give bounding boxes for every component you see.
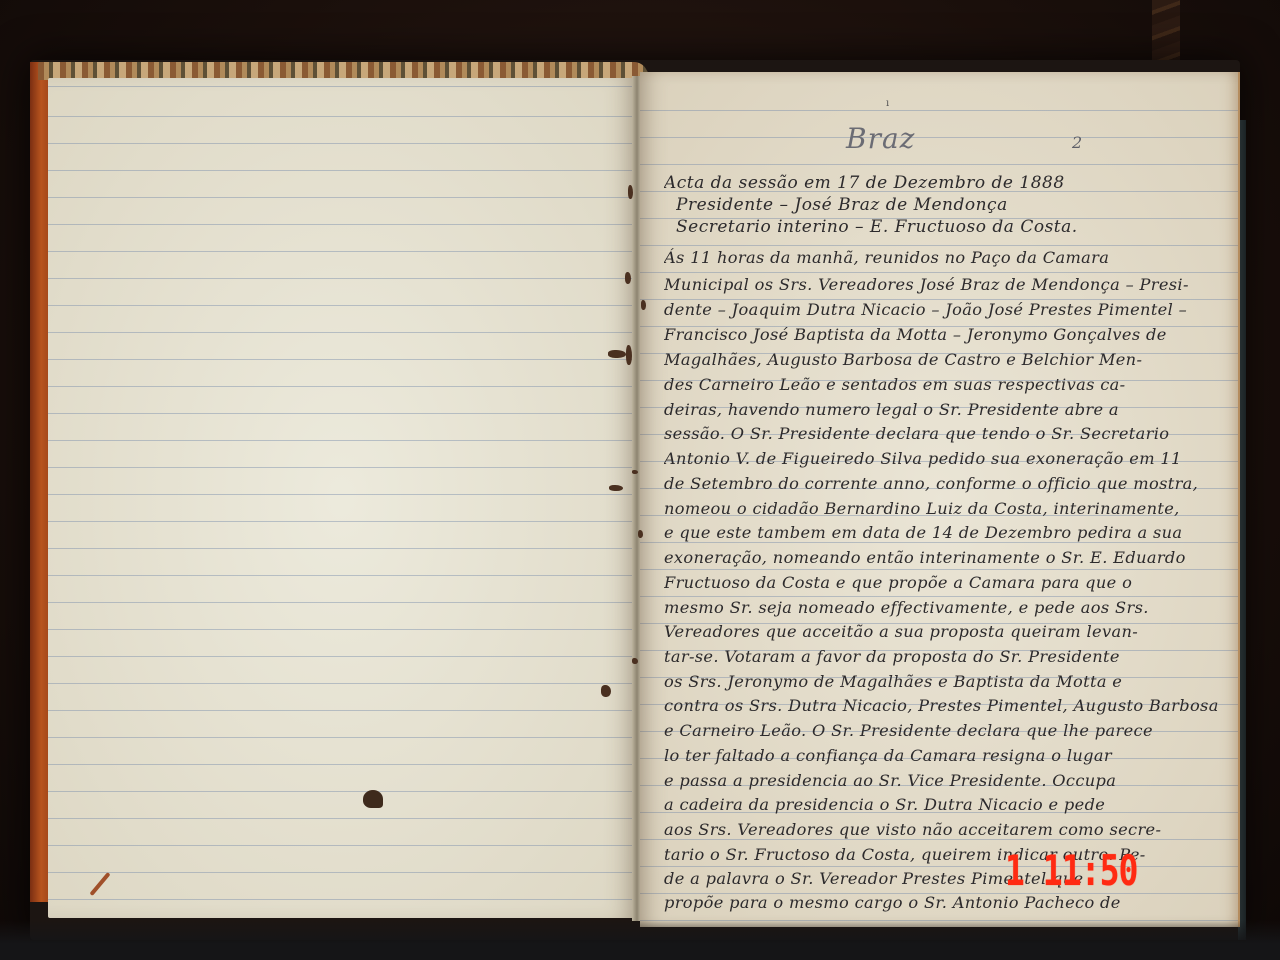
left-page-blank — [48, 78, 634, 918]
damage-stain — [608, 350, 626, 358]
text-line: de Setembro do corrente anno, conforme o… — [664, 474, 1224, 493]
ink-blot — [363, 790, 383, 808]
text-line: propõe para o mesmo cargo o Sr. Antonio … — [664, 893, 1224, 912]
damage-stain — [632, 658, 638, 664]
page-tick-mark: ı — [886, 98, 889, 109]
text-line: Fructuoso da Costa e que propõe a Camara… — [664, 573, 1224, 592]
text-line: nomeou o cidadão Bernardino Luiz da Cost… — [664, 499, 1224, 518]
folio-mark: Braz — [846, 122, 915, 155]
text-line: deiras, havendo numero legal o Sr. Presi… — [664, 400, 1224, 419]
text-line: a cadeira da presidencia o Sr. Dutra Nic… — [664, 795, 1224, 814]
text-line: dente – Joaquim Dutra Nicacio – João Jos… — [664, 300, 1224, 319]
text-line: os Srs. Jeronymo de Magalhães e Baptista… — [664, 672, 1224, 691]
text-line: contra os Srs. Dutra Nicacio, Prestes Pi… — [664, 696, 1224, 715]
damage-stain — [625, 272, 631, 284]
damage-stain — [628, 185, 633, 199]
text-line: Ás 11 horas da manhã, reunidos no Paço d… — [664, 248, 1224, 267]
text-line: e que este tambem em data de 14 de Dezem… — [664, 523, 1224, 542]
heading-line: Acta da sessão em 17 de Dezembro de 1888 — [664, 173, 1224, 193]
text-line: exoneração, nomeando então interinamente… — [664, 548, 1224, 567]
text-line: e Carneiro Leão. O Sr. Presidente declar… — [664, 721, 1224, 740]
text-line: e passa a presidencia ao Sr. Vice Presid… — [664, 771, 1224, 790]
text-line: Municipal os Srs. Vereadores José Braz d… — [664, 275, 1224, 294]
text-line: Magalhães, Augusto Barbosa de Castro e B… — [664, 350, 1224, 369]
text-line: aos Srs. Vereadores que visto não acceit… — [664, 820, 1224, 839]
text-line: de a palavra o Sr. Vereador Prestes Pime… — [664, 869, 1224, 888]
heading-line: Presidente – José Braz de Mendonça — [676, 195, 1236, 215]
text-line: tario o Sr. Fructoso da Costa, queirem i… — [664, 845, 1224, 864]
damage-stain — [601, 685, 611, 697]
text-line: Antonio V. de Figueiredo Silva pedido su… — [664, 449, 1224, 468]
damage-stain — [632, 470, 638, 474]
page-number: 2 — [1072, 133, 1082, 152]
text-line: tar-se. Votaram a favor da proposta do S… — [664, 647, 1224, 666]
camera-timestamp-overlay: 1 11:50 — [1005, 846, 1138, 895]
damage-stain — [641, 300, 646, 310]
text-line: sessão. O Sr. Presidente declara que ten… — [664, 424, 1224, 443]
text-line: mesmo Sr. seja nomeado effectivamente, e… — [664, 598, 1224, 617]
text-line: Vereadores que acceitão a sua proposta q… — [664, 622, 1224, 641]
damage-stain — [638, 530, 643, 538]
heading-line: Secretario interino – E. Fructuoso da Co… — [676, 217, 1236, 237]
table-surface-shadow — [0, 920, 1280, 960]
text-line: Francisco José Baptista da Motta – Jeron… — [664, 325, 1224, 344]
text-line: lo ter faltado a confiança da Camara res… — [664, 746, 1224, 765]
text-line: des Carneiro Leão e sentados em suas res… — [664, 375, 1224, 394]
damage-stain — [626, 345, 632, 365]
damage-stain — [609, 485, 623, 491]
